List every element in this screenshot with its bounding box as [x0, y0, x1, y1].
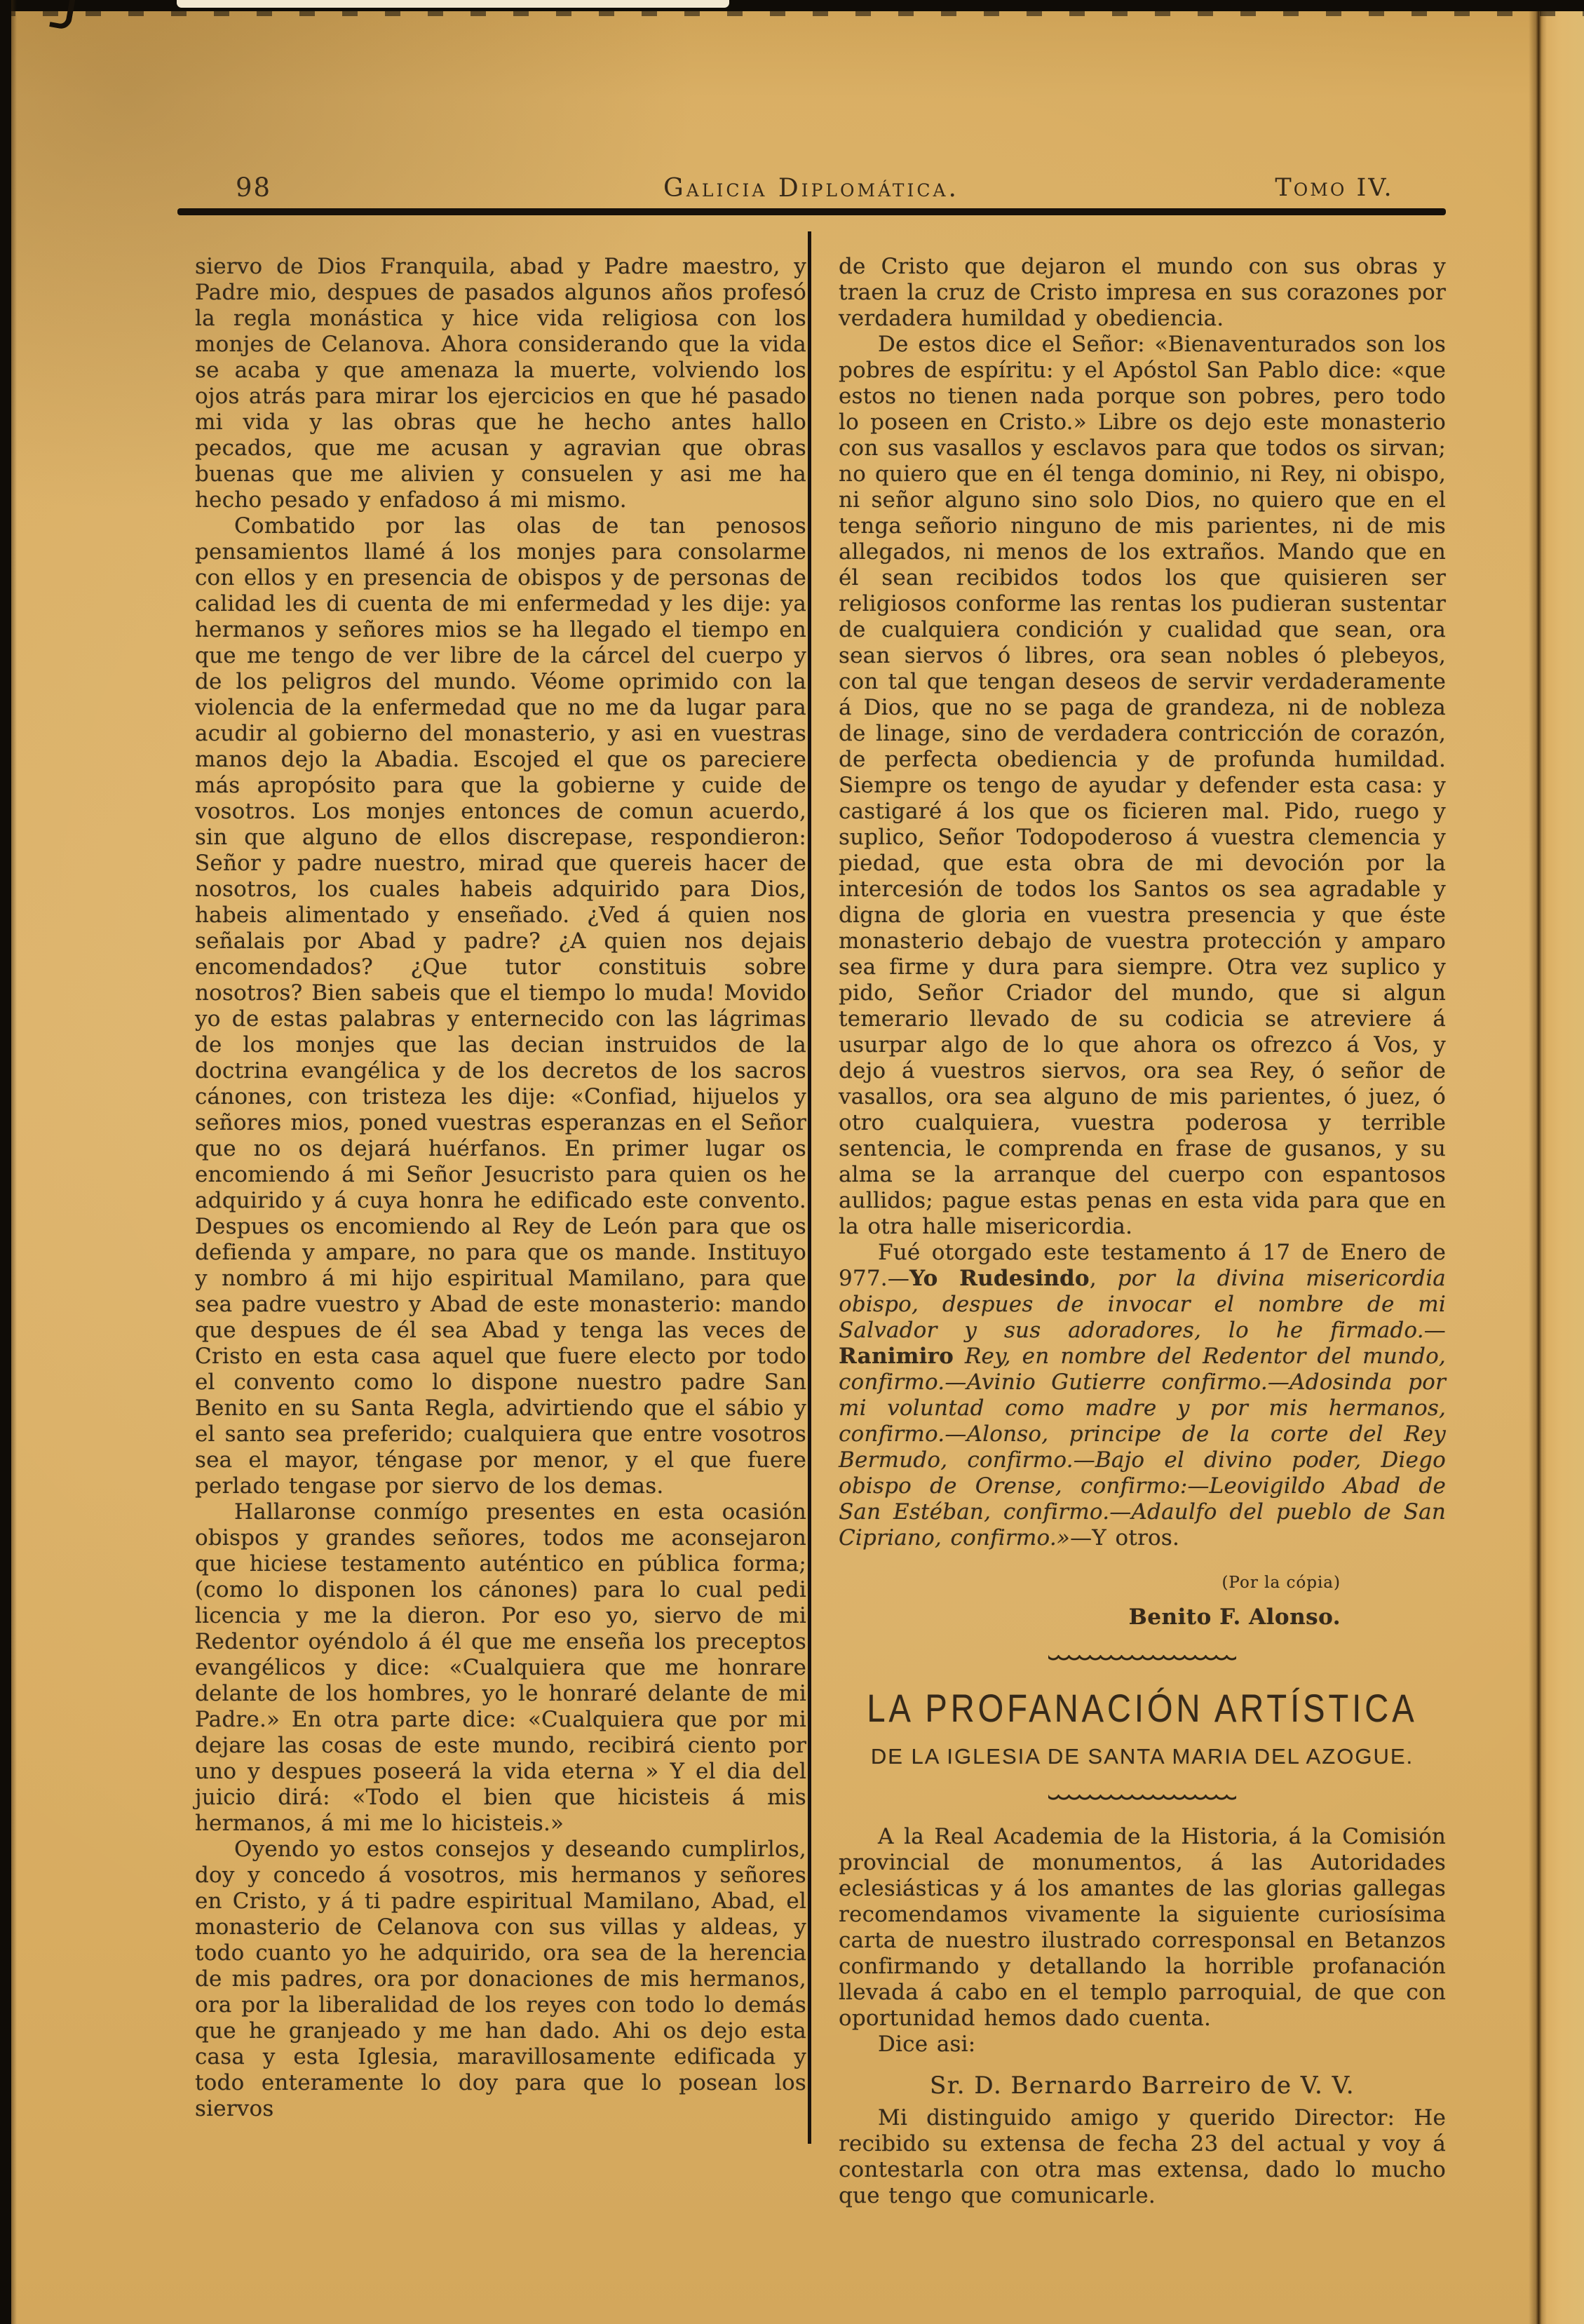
letter-salutation: Sr. D. Bernardo Barreiro de V. V. — [839, 2072, 1446, 2100]
paragraph-letter-opening: Mi distinguido amigo y querido Director:… — [839, 2105, 1446, 2209]
paragraph-dice-asi: Dice asi: — [839, 2032, 1446, 2058]
text-run: A la Real Academia de la Historia, á la … — [839, 1824, 1446, 2031]
text-run: Ranimiro — [839, 1344, 954, 1369]
text-run: DE LA IGLESIA DE SANTA MARIA DEL AZOGUE. — [871, 1744, 1414, 1769]
text-run: de Cristo que dejaron el mundo con sus o… — [839, 254, 1446, 331]
paper-edge-highlight — [177, 0, 729, 8]
paragraph-article-intro: A la Real Academia de la Historia, á la … — [839, 1824, 1446, 2032]
paragraph-continuation: siervo de Dios Franquila, abad y Padre m… — [195, 254, 806, 513]
text-run: Combatido por las olas de tan penosos pe… — [195, 513, 806, 1499]
article-title: LA PROFANACIÓN ARTÍSTICA — [839, 1685, 1446, 1731]
text-run: —Y otros. — [1070, 1525, 1179, 1551]
page-edge-left — [0, 0, 11, 2324]
volume-label: Tomo IV. — [1275, 174, 1393, 202]
header-rule — [177, 208, 1446, 215]
journal-title: Galicia Diplomática. — [663, 174, 959, 203]
text-run: Yo Rudesindo — [909, 1266, 1090, 1291]
book-gutter-crease — [1529, 0, 1547, 2324]
paragraph-signatures: Fué otorgado este testamento á 17 de Ene… — [839, 1240, 1446, 1551]
text-run: De estos dice el Señor: «Bienaventurados… — [839, 332, 1446, 1239]
text-run: LA PROFANACIÓN ARTÍSTICA — [867, 1686, 1417, 1730]
paragraph-continuation: de Cristo que dejaron el mundo con sus o… — [839, 254, 1446, 332]
text-run: Oyendo yo estos consejos y deseando cump… — [195, 1837, 806, 2121]
paragraph-testament: Combatido por las olas de tan penosos pe… — [195, 513, 806, 1499]
text-run: Sr. D. Bernardo Barreiro de V. V. — [930, 2072, 1355, 2100]
text-run: — — [1424, 1318, 1446, 1343]
text-run: Rey, en nombre del Redentor del mundo, c… — [839, 1344, 1446, 1551]
text-run: siervo de Dios Franquila, abad y Padre m… — [195, 254, 806, 513]
paragraph-donation: Oyendo yo estos consejos y deseando cump… — [195, 1837, 806, 2122]
text-run: Mi distinguido amigo y querido Director:… — [839, 2105, 1446, 2208]
paragraph-blessing: De estos dice el Señor: «Bienaventurados… — [839, 332, 1446, 1240]
article-subtitle: DE LA IGLESIA DE SANTA MARIA DEL AZOGUE. — [839, 1744, 1446, 1769]
text-run: Benito F. Alonso. — [1129, 1604, 1341, 1630]
wavy-divider — [1048, 1795, 1236, 1803]
adjacent-page-edge — [1543, 0, 1584, 2324]
author-name: Benito F. Alonso. — [839, 1604, 1446, 1630]
text-run: Hallaronse conmígo presentes en esta oca… — [195, 1499, 806, 1836]
paragraph-witnesses: Hallaronse conmígo presentes en esta oca… — [195, 1499, 806, 1837]
text-run: Dice asi: — [878, 2032, 975, 2057]
text-run: , — [1090, 1266, 1118, 1291]
left-column: siervo de Dios Franquila, abad y Padre m… — [195, 254, 806, 2122]
text-run: (Por la cópia) — [1221, 1574, 1341, 1592]
column-divider-rule — [808, 231, 811, 2144]
copy-note: (Por la cópia) — [839, 1574, 1446, 1592]
wavy-divider — [1048, 1655, 1236, 1663]
page-number: 98 — [236, 173, 271, 203]
right-column: de Cristo que dejaron el mundo con sus o… — [839, 254, 1446, 2209]
